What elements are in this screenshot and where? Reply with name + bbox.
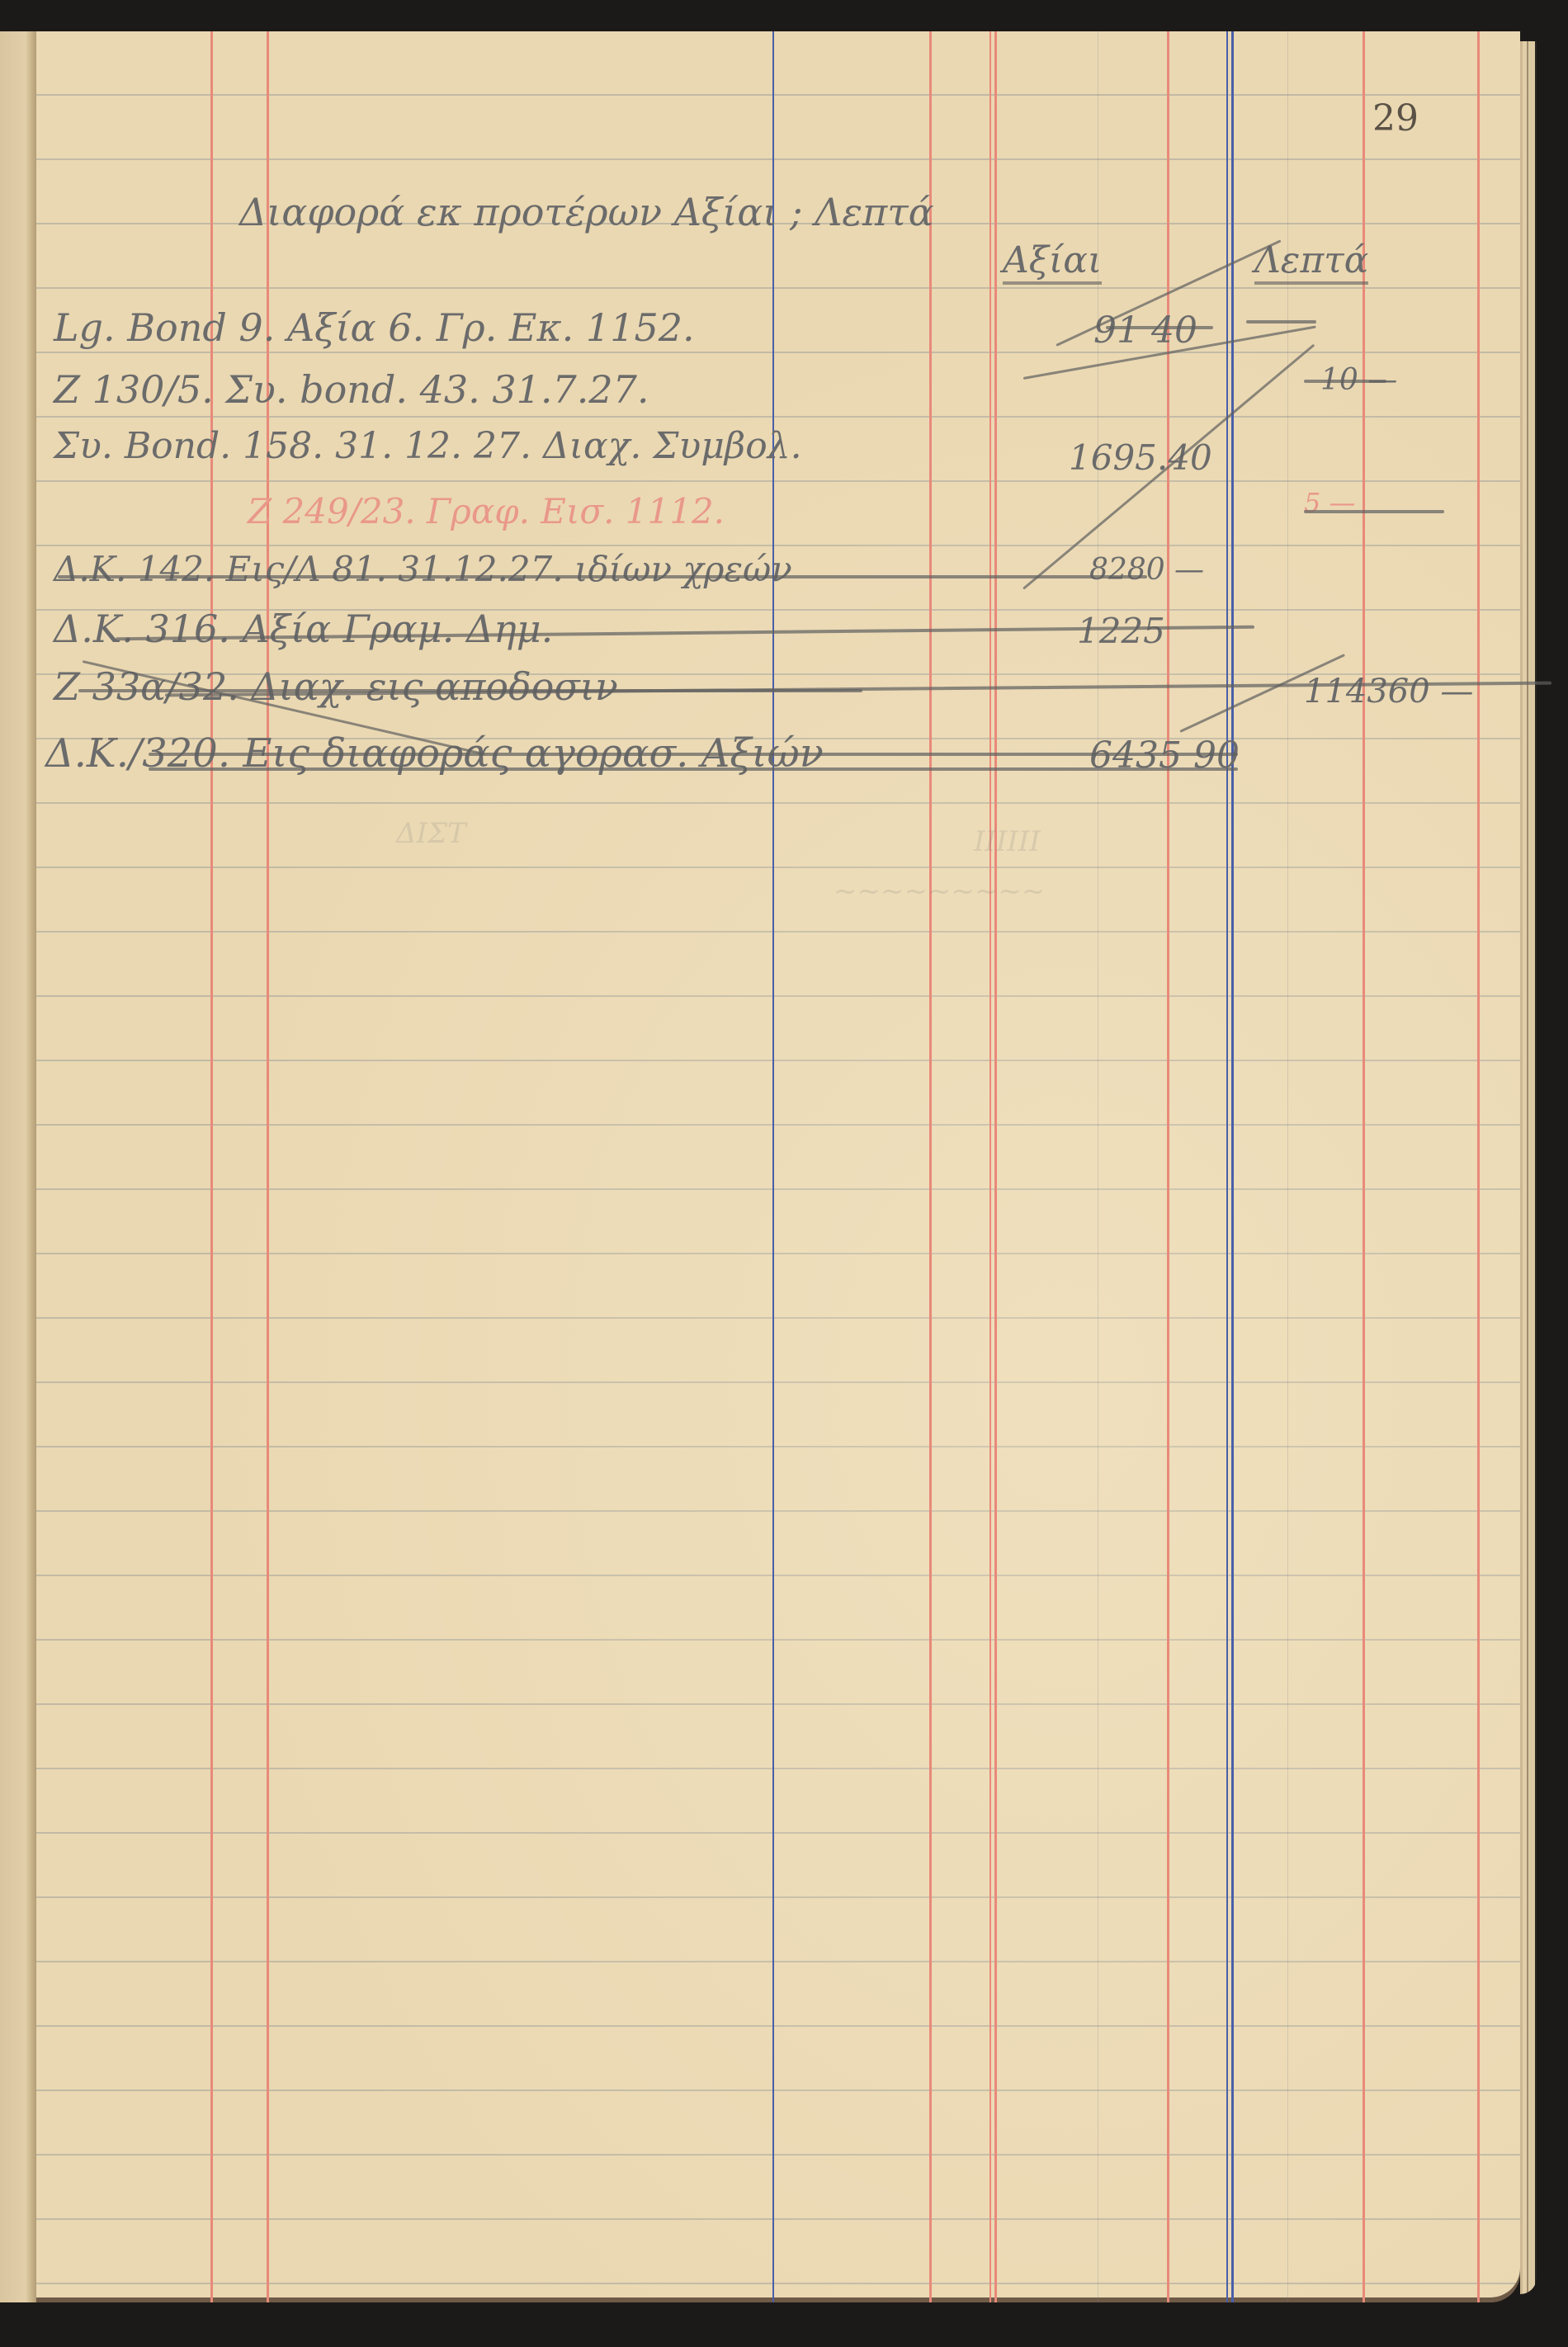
column-rule-red	[1167, 31, 1169, 2302]
bleed-through-text: ΔΙΣΤ	[396, 817, 466, 850]
ledger-entry-text: Ζ 130/5. Συ. bond. 43. 31.7.27.	[54, 367, 649, 412]
binding-gutter	[0, 31, 36, 2302]
ledger-entry-amount: 114360 —	[1304, 673, 1473, 711]
ledger-entry-amount: 1225	[1077, 611, 1165, 651]
ledger-entry-text-red: Ζ 249/23. Γραφ. Εισ. 1112.	[248, 491, 725, 531]
strike-line	[1304, 510, 1444, 513]
ledger-entry-text: Ζ 33α/32. Διαχ. εις αποδοσιν	[54, 664, 618, 709]
strike-line	[1246, 320, 1316, 323]
ledger-entry-text: Δ.Κ. 142. Εις/Λ 81. 31.12.27. ιδίων χρεώ…	[54, 549, 792, 589]
page-number: 29	[1372, 97, 1419, 139]
column-header-values: Αξίαι	[1003, 239, 1102, 285]
ledger-entry-amount: 8280 —	[1089, 553, 1204, 587]
column-rule-red	[929, 31, 932, 2302]
bleed-through-text: ΙΙΙΙΙΙ	[974, 825, 1041, 858]
bleed-through-text: ~~~~~~~~~	[834, 875, 1045, 908]
ledger-entry-amount: 91 40	[1093, 309, 1197, 352]
column-rule-blue	[1226, 31, 1228, 2302]
ledger-entry-text: Συ. Bond. 158. 31. 12. 27. Διαχ. Συμβολ.	[54, 425, 802, 467]
column-rule-red	[989, 31, 991, 2302]
ledger-entry-amount-red: 5 —	[1304, 487, 1356, 518]
column-rule-blue	[1231, 31, 1234, 2302]
ledger-entry-text: Δ.Κ. 316. Αξία Γραμ. Δημ.	[54, 607, 553, 651]
ledger-entry-amount: 1695.40	[1069, 437, 1212, 478]
strike-line	[58, 575, 1147, 578]
grid-rule	[1098, 31, 1098, 2302]
column-rule-blue	[772, 31, 774, 2302]
strike-line	[1106, 326, 1213, 329]
strike-line	[149, 753, 1238, 756]
ledger-entry-text: Lg. Bond 9. Αξία 6. Γρ. Εκ. 1152.	[54, 305, 695, 350]
column-rule-red	[994, 31, 997, 2302]
column-rule-red	[1477, 31, 1480, 2302]
ledger-heading: Διαφορά εκ προτέρων Αξίαι ; Λεπτά	[239, 190, 934, 234]
strike-line	[1304, 380, 1386, 383]
strike-line	[149, 767, 1238, 771]
stacked-page-edges	[1520, 41, 1537, 2294]
grid-rule	[1287, 31, 1288, 2302]
